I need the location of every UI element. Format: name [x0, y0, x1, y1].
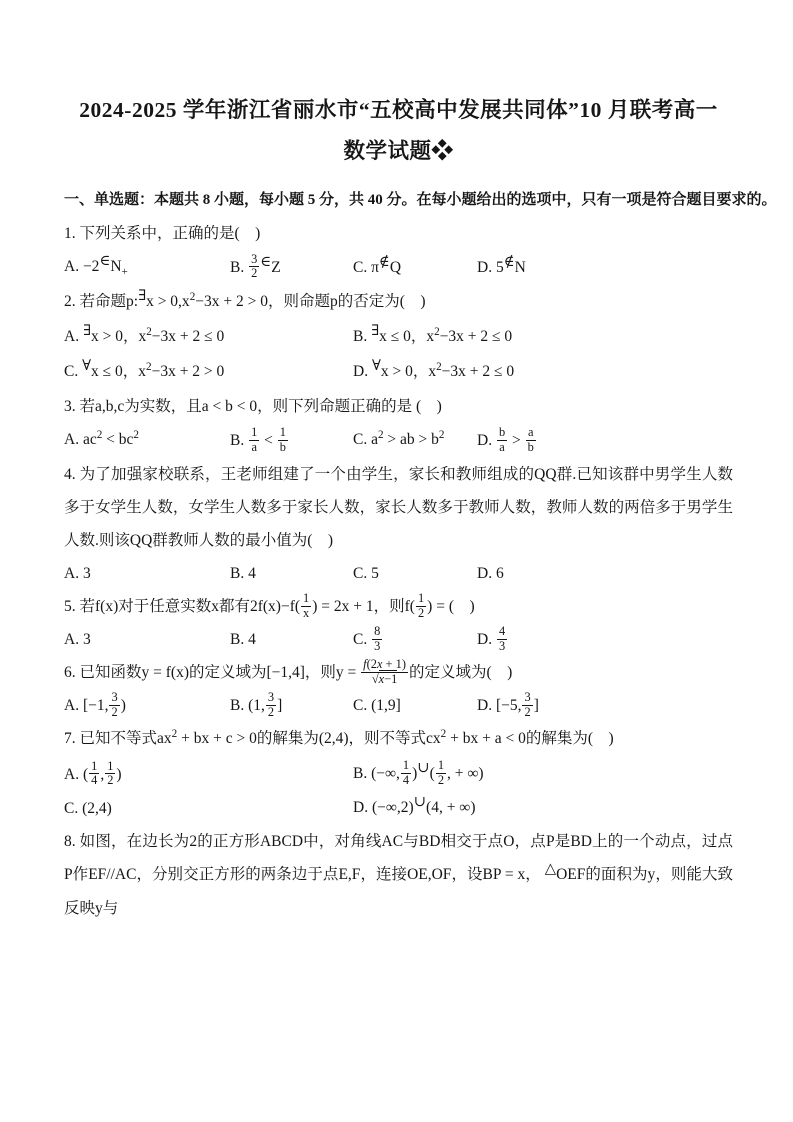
question-2-stem: 2. 若命题p:∃x > 0,x2−3x + 2 > 0，则命题p的否定为( ) — [64, 285, 733, 320]
question-5: 5. 若f(x)对于任意实数x都有2f(x)−f(1x) = 2x + 1，则f… — [64, 590, 733, 656]
diamond-ornament-icon: ❖ — [432, 139, 454, 163]
section-header: 一、单选题：本题共 8 小题，每小题 5 分，共 40 分。在每小题给出的选项中… — [64, 184, 733, 217]
question-4-stem: 4. 为了加强家校联系，王老师组建了一个由学生，家长和教师组成的QQ群.已知该群… — [64, 458, 733, 557]
question-4-option-c: C. 5 — [353, 557, 477, 590]
question-6-stem: 6. 已知函数y = f(x)的定义域为[−1,4]，则y = f(2x + 1… — [64, 656, 733, 689]
question-7-option-c: C. (2,4) — [64, 792, 353, 825]
question-1-option-c: C. π∉Q — [353, 251, 477, 285]
question-7-option-a: A. (14,12) — [64, 758, 353, 791]
question-7-option-b: B. (−∞,14)∪(12, + ∞) — [353, 757, 733, 791]
question-3-stem: 3. 若a,b,c为实数，且a < b < 0，则下列命题正确的是 ( ) — [64, 390, 733, 423]
exam-title-line2-text: 数学试题 — [343, 139, 431, 163]
question-7-stem: 7. 已知不等式ax2 + bx + c > 0的解集为(2,4)，则不等式cx… — [64, 722, 733, 757]
question-1: 1. 下列关系中，正确的是( ) A. −2∈N+ B. 32∈Z C. π∉Q… — [64, 217, 733, 285]
question-3-option-c: C. a2 > ab > b2 — [353, 423, 477, 458]
question-3-option-a: A. ac2 < bc2 — [64, 423, 230, 458]
question-1-option-b: B. 32∈Z — [230, 251, 353, 285]
question-3-option-d: D. ba > ab — [477, 424, 733, 457]
exam-title-line2: 数学试题❖ — [64, 131, 733, 172]
exam-title: 2024-2025 学年浙江省丽水市“五校高中发展共同体”10 月联考高一 数学… — [64, 90, 733, 172]
question-2-option-c: C. ∀x ≤ 0，x2−3x + 2 > 0 — [64, 355, 353, 390]
question-1-option-a: A. −2∈N+ — [64, 250, 230, 285]
question-2-option-d: D. ∀x > 0，x2−3x + 2 ≤ 0 — [353, 355, 733, 390]
question-6-option-b: B. (1,32] — [230, 689, 353, 722]
question-8: 8. 如图，在边长为2的正方形ABCD中，对角线AC与BD相交于点O，点P是BD… — [64, 825, 733, 925]
question-5-option-a: A. 3 — [64, 623, 230, 656]
question-5-option-d: D. 43 — [477, 623, 733, 656]
question-4-options: A. 3 B. 4 C. 5 D. 6 — [64, 557, 733, 590]
question-5-stem: 5. 若f(x)对于任意实数x都有2f(x)−f(1x) = 2x + 1，则f… — [64, 590, 733, 623]
question-2-options: A. ∃x > 0，x2−3x + 2 ≤ 0 B. ∃x ≤ 0，x2−3x … — [64, 320, 733, 390]
question-6: 6. 已知函数y = f(x)的定义域为[−1,4]，则y = f(2x + 1… — [64, 656, 733, 722]
question-4-option-d: D. 6 — [477, 557, 733, 590]
question-3-option-b: B. 1a < 1b — [230, 424, 353, 457]
question-1-stem: 1. 下列关系中，正确的是( ) — [64, 217, 733, 250]
question-4: 4. 为了加强家校联系，王老师组建了一个由学生，家长和教师组成的QQ群.已知该群… — [64, 458, 733, 590]
exam-title-line1: 2024-2025 学年浙江省丽水市“五校高中发展共同体”10 月联考高一 — [64, 90, 733, 131]
question-2: 2. 若命题p:∃x > 0,x2−3x + 2 > 0，则命题p的否定为( )… — [64, 285, 733, 390]
question-5-option-b: B. 4 — [230, 623, 353, 656]
question-6-options: A. [−1,32) B. (1,32] C. (1,9] D. [−5,32] — [64, 689, 733, 722]
question-3-options: A. ac2 < bc2 B. 1a < 1b C. a2 > ab > b2 … — [64, 423, 733, 458]
question-4-option-a: A. 3 — [64, 557, 230, 590]
exam-page: 2024-2025 学年浙江省丽水市“五校高中发展共同体”10 月联考高一 数学… — [0, 0, 793, 1122]
question-7-options: A. (14,12) B. (−∞,14)∪(12, + ∞) C. (2,4)… — [64, 757, 733, 825]
question-1-option-d: D. 5∉N — [477, 251, 733, 285]
question-5-option-c: C. 83 — [353, 623, 477, 656]
question-6-option-c: C. (1,9] — [353, 689, 477, 722]
question-7-option-d: D. (−∞,2)∪(4, + ∞) — [353, 791, 733, 825]
question-1-options: A. −2∈N+ B. 32∈Z C. π∉Q D. 5∉N — [64, 250, 733, 285]
question-6-option-d: D. [−5,32] — [477, 689, 733, 722]
question-5-options: A. 3 B. 4 C. 83 D. 43 — [64, 623, 733, 656]
question-6-option-a: A. [−1,32) — [64, 689, 230, 722]
question-4-option-b: B. 4 — [230, 557, 353, 590]
question-2-option-a: A. ∃x > 0，x2−3x + 2 ≤ 0 — [64, 320, 353, 355]
question-8-stem: 8. 如图，在边长为2的正方形ABCD中，对角线AC与BD相交于点O，点P是BD… — [64, 825, 733, 925]
question-2-option-b: B. ∃x ≤ 0，x2−3x + 2 ≤ 0 — [353, 320, 733, 355]
question-7: 7. 已知不等式ax2 + bx + c > 0的解集为(2,4)，则不等式cx… — [64, 722, 733, 825]
question-3: 3. 若a,b,c为实数，且a < b < 0，则下列命题正确的是 ( ) A.… — [64, 390, 733, 458]
